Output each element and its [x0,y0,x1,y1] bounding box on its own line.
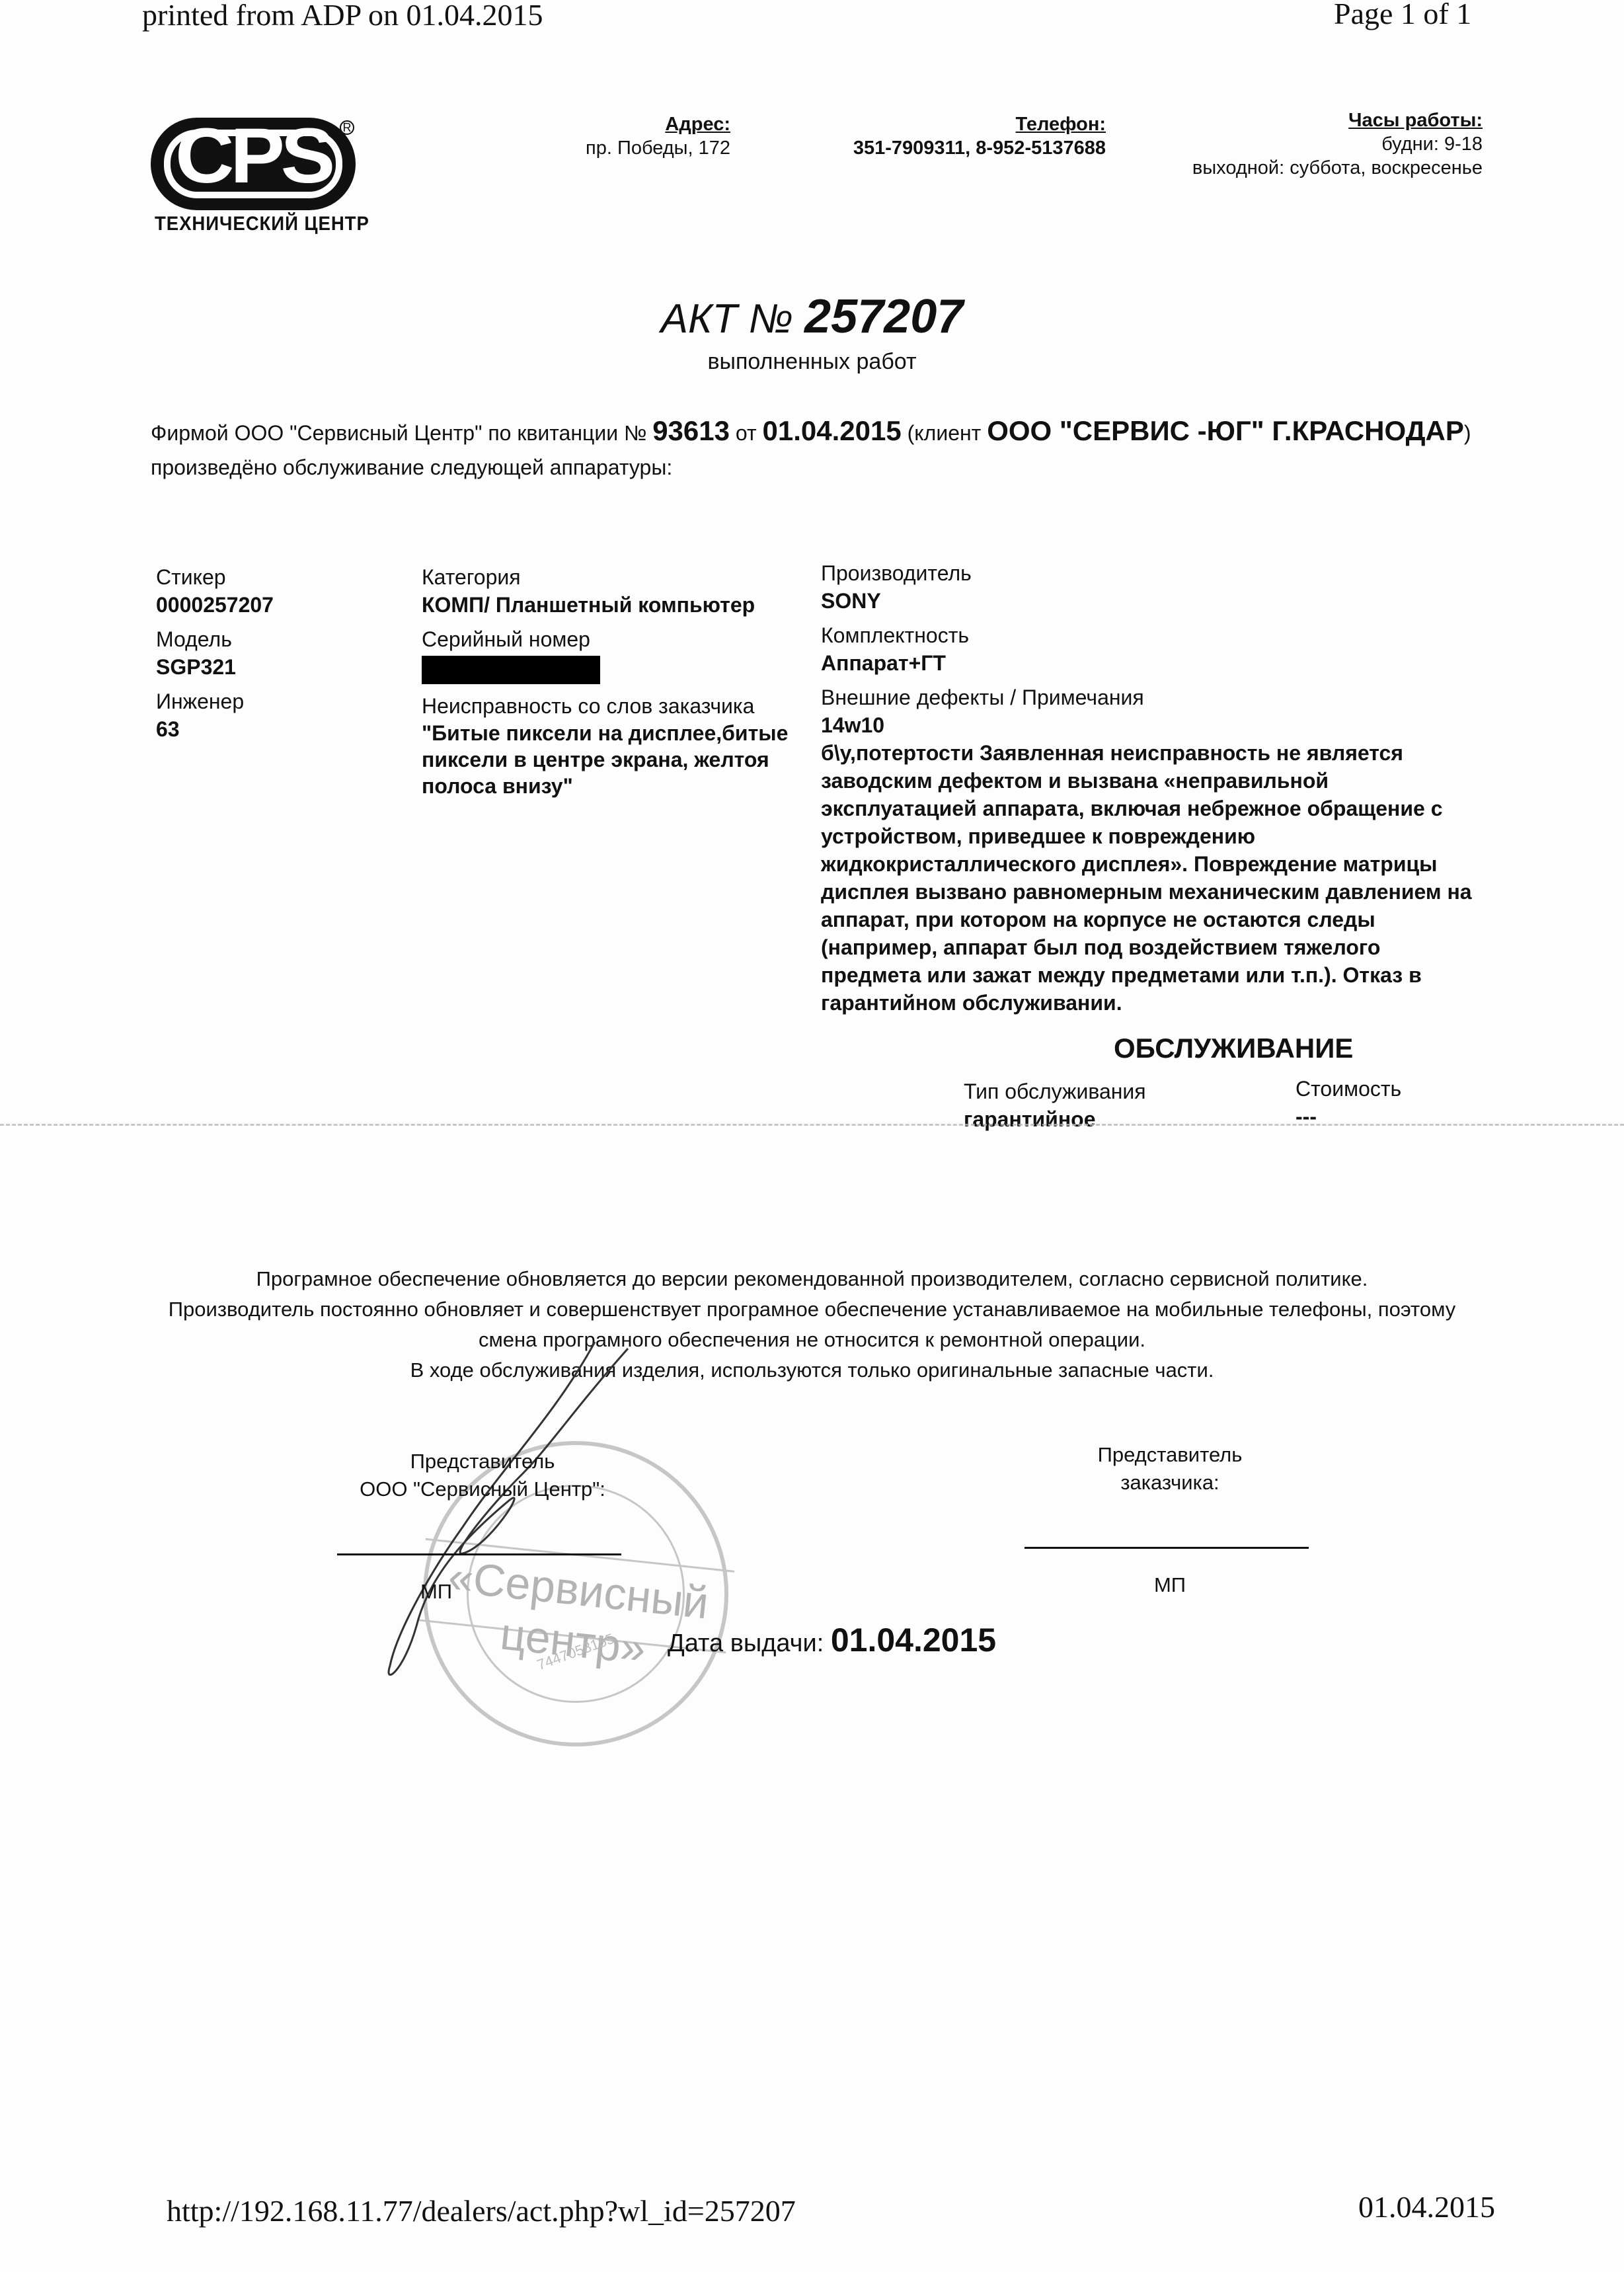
act-prefix: АКТ № [661,296,793,342]
hours-label: Часы работы: [1192,108,1483,132]
issue-date-label: Дата выдачи: [668,1629,824,1657]
notice-line-2: Производитель постоянно обновляет и сове… [0,1294,1624,1325]
receipt-date: 01.04.2015 [763,415,902,446]
defects-text: б\у,потертости Заявленная неисправность … [821,739,1475,1017]
service-cost-label: Стоимость [1295,1075,1401,1103]
device-col-2: Категория КОМП/ Планшетный компьютер Сер… [422,563,792,799]
act-title: АКТ № 257207 [0,290,1624,344]
category-value: КОМП/ Планшетный компьютер [422,591,792,619]
print-footer-date: 01.04.2015 [1358,2189,1495,2224]
defects-label: Внешние дефекты / Примечания [821,684,1482,711]
print-footer-url[interactable]: http://192.168.11.77/dealers/act.php?wl_… [167,2193,796,2228]
kit-value: Аппарат+ГТ [821,649,1482,677]
intro-text-2: от [736,421,757,445]
service-rep-label-1: Представитель [344,1448,621,1475]
software-notice: Програмное обеспечение обновляется до ве… [0,1264,1624,1386]
engineer-value: 63 [156,715,274,743]
service-seal-label: МП [251,1578,621,1606]
service-signature-line[interactable] [337,1553,621,1555]
print-header-page: Page 1 of 1 [1334,0,1471,31]
act-subtitle: выполненных работ [0,349,1624,375]
hours-weekdays: будни: 9-18 [1192,132,1483,156]
intro-paragraph: Фирмой ООО "Сервисный Центр" по квитанци… [151,414,1471,485]
service-cost: Стоимость --- [1295,1075,1401,1130]
manufacturer-label: Производитель [821,559,1482,587]
model-label: Модель [156,625,274,653]
paper-tear-line [0,1124,1624,1130]
notice-line-3: смена програмного обеспечения не относит… [0,1325,1624,1355]
device-col-3: Производитель SONY Комплектность Аппарат… [821,559,1482,1017]
service-type-label: Тип обслуживания [964,1077,1146,1105]
customer-rep-label-2: заказчика: [1031,1469,1309,1497]
model-value: SGP321 [156,653,274,681]
customer-signature-line[interactable] [1025,1547,1309,1549]
customer-seal-label: МП [1031,1571,1309,1599]
hours-weekend: выходной: суббота, воскресенье [1192,156,1483,180]
intro-text-4: ) [1464,421,1471,445]
contact-phone: Телефон: 351-7909311, 8-952-5137688 [853,112,1106,160]
notice-line-1: Програмное обеспечение обновляется до ве… [0,1264,1624,1294]
engineer-label: Инженер [156,687,274,715]
intro-text-1: Фирмой ООО "Сервисный Центр" по квитанци… [151,421,646,445]
registered-icon: R [340,120,354,135]
cps-logo: CPS R [151,118,356,210]
device-col-1: Стикер 0000257207 Модель SGP321 Инженер … [156,563,274,743]
act-number: 257207 [804,290,963,343]
phone-label: Телефон: [853,112,1106,136]
receipt-number: 93613 [652,415,730,446]
serial-redacted-block [422,656,600,684]
service-heading: ОБСЛУЖИВАНИЕ [1114,1033,1353,1064]
logo-subtitle: ТЕХНИЧЕСКИЙ ЦЕНТР [155,213,369,235]
serial-label: Серийный номер [422,625,792,653]
notice-line-4: В ходе обслуживания изделия, используютс… [0,1355,1624,1386]
kit-label: Комплектность [821,621,1482,649]
category-label: Категория [422,563,792,591]
phone-value: 351-7909311, 8-952-5137688 [853,136,1106,160]
address-value: пр. Победы, 172 [586,136,730,160]
issue-date-value: 01.04.2015 [831,1622,996,1659]
manufacturer-value: SONY [821,587,1482,615]
sticker-value: 0000257207 [156,591,274,619]
contact-address: Адрес: пр. Победы, 172 [586,112,730,160]
logo-mark: CPS [145,111,361,201]
client-name: ООО "СЕРВИС -ЮГ" Г.КРАСНОДАР [987,415,1464,446]
complaint-value: "Битые пиксели на дисплее,битые пиксели … [422,720,792,799]
contact-hours: Часы работы: будни: 9-18 выходной: суббо… [1192,108,1483,180]
signature-block-customer: Представитель заказчика: МП [1031,1441,1309,1599]
intro-line-2: произведёно обслуживание следующей аппар… [151,450,1471,485]
sticker-label: Стикер [156,563,274,591]
intro-text-3: (клиент [908,421,982,445]
signature-block-service: Представитель ООО "Сервисный Центр": МП [344,1448,621,1606]
complaint-label: Неисправность со слов заказчика [422,692,792,720]
address-label: Адрес: [586,112,730,136]
print-header-source: printed from ADP on 01.04.2015 [142,0,543,32]
issue-date: Дата выдачи: 01.04.2015 [668,1621,996,1659]
defects-code: 14w10 [821,711,1482,739]
service-rep-label-2: ООО "Сервисный Центр": [344,1475,621,1503]
customer-rep-label-1: Представитель [1031,1441,1309,1469]
